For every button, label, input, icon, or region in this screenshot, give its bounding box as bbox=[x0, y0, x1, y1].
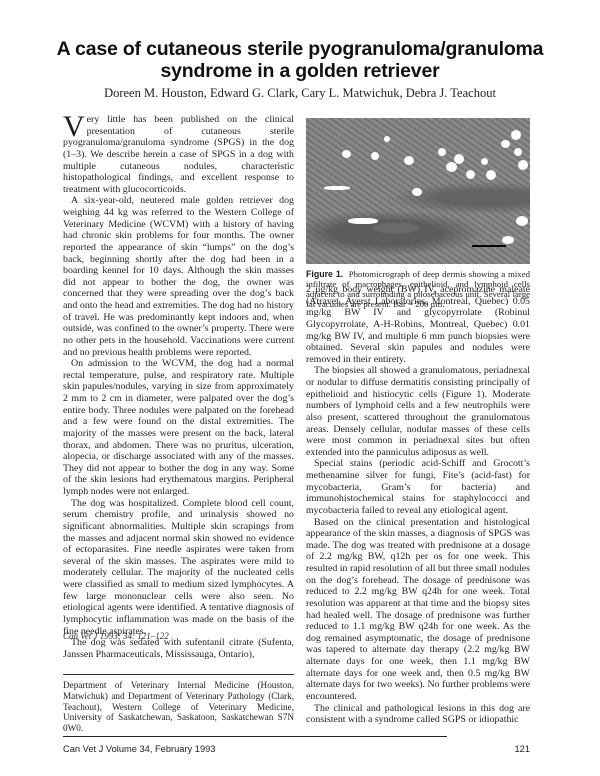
follicle-lumen bbox=[324, 186, 350, 190]
fat-vacuole bbox=[514, 148, 522, 156]
drop-cap: V bbox=[63, 115, 85, 139]
fat-vacuole bbox=[501, 140, 510, 148]
affiliation-divider bbox=[63, 674, 294, 675]
figure-1-photomicrograph bbox=[306, 118, 530, 264]
sedation-continued-paragraph: 2 μg/kg body weight (BW) IV, acepromazin… bbox=[306, 284, 530, 365]
discussion-paragraph: The clinical and pathological lesions in… bbox=[306, 703, 530, 726]
figure-label: Figure 1. bbox=[306, 269, 343, 279]
fat-vacuole bbox=[486, 170, 496, 180]
page-number: 121 bbox=[505, 744, 530, 754]
treatment-paragraph: Based on the clinical presentation and h… bbox=[306, 517, 530, 703]
fat-vacuole bbox=[371, 152, 379, 160]
fat-vacuole bbox=[481, 158, 488, 165]
footer-journal-info: Can Vet J Volume 34, February 1993 bbox=[63, 744, 215, 754]
title-line-1: A case of cutaneous sterile pyogranuloma… bbox=[0, 38, 600, 60]
scale-bar bbox=[472, 245, 506, 247]
follicle-lumen bbox=[348, 218, 378, 224]
fat-vacuole bbox=[516, 216, 528, 226]
fat-vacuole bbox=[466, 170, 475, 179]
footer-divider bbox=[63, 736, 447, 737]
left-column: Very little has been published on the cl… bbox=[63, 114, 294, 660]
title-line-2: syndrome in a golden retriever bbox=[0, 60, 600, 82]
fat-vacuole bbox=[454, 154, 464, 164]
right-column: 2 μg/kg body weight (BW) IV, acepromazin… bbox=[306, 284, 530, 726]
admission-paragraph: On admission to the WCVM, the dog had a … bbox=[63, 358, 294, 498]
author-list: Doreen M. Houston, Edward G. Clark, Cary… bbox=[0, 86, 600, 101]
biopsy-findings-paragraph: The biopsies all showed a granulomatous,… bbox=[306, 365, 530, 458]
fat-vacuole bbox=[511, 130, 521, 140]
intro-paragraph: Very little has been published on the cl… bbox=[63, 114, 294, 195]
fat-vacuole bbox=[384, 136, 390, 142]
fat-vacuole bbox=[518, 160, 528, 170]
history-paragraph: A six-year-old, neutered male golden ret… bbox=[63, 195, 294, 358]
fat-vacuole bbox=[438, 148, 446, 156]
fat-vacuole bbox=[404, 156, 414, 165]
fat-vacuole bbox=[446, 162, 457, 172]
fat-vacuole bbox=[502, 236, 514, 244]
article-title: A case of cutaneous sterile pyogranuloma… bbox=[0, 38, 600, 82]
fat-vacuole bbox=[412, 188, 422, 196]
fat-vacuole bbox=[342, 150, 351, 158]
hospitalization-paragraph: The dog was hospitalized. Complete blood… bbox=[63, 498, 294, 638]
author-affiliation: Department of Veterinary Internal Medici… bbox=[63, 680, 294, 734]
special-stains-paragraph: Special stains (periodic acid-Schiff and… bbox=[306, 458, 530, 516]
journal-citation: Can Vet J 1993; 34: 121–122 bbox=[63, 631, 169, 641]
